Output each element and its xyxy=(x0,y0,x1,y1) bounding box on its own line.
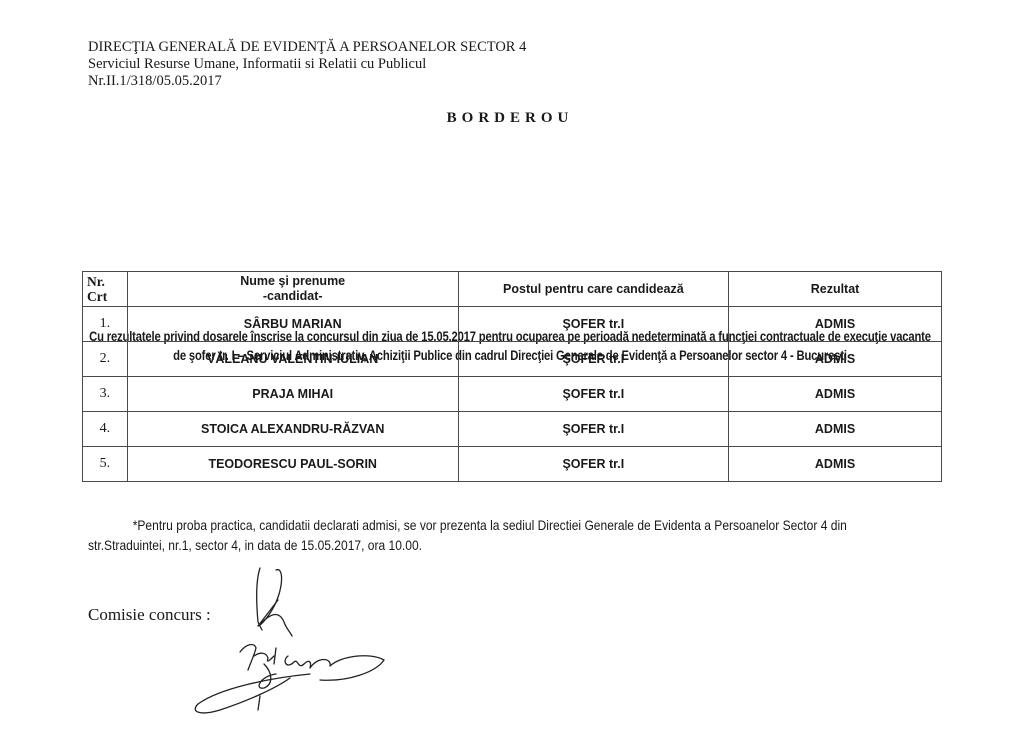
header-name: Nume şi prenume -candidat- xyxy=(127,272,458,307)
registration-number: Nr.II.1/318/05.05.2017 xyxy=(88,73,526,90)
document-header: DIRECŢIA GENERALĂ DE EVIDENŢĂ A PERSOANE… xyxy=(88,39,526,90)
row-result: ADMIS xyxy=(729,307,942,342)
institution-name: DIRECŢIA GENERALĂ DE EVIDENŢĂ A PERSOANE… xyxy=(88,39,526,56)
header-name-line1: Nume şi prenume xyxy=(128,274,458,289)
document-title: BORDEROU xyxy=(0,110,1020,127)
note-line1: *Pentru proba practica, candidatii decla… xyxy=(133,517,847,533)
row-name: TEODORESCU PAUL-SORIN xyxy=(127,447,458,482)
row-post: ŞOFER tr.I xyxy=(458,307,728,342)
header-nr: Nr. Crt xyxy=(83,272,128,307)
practical-exam-note: *Pentru proba practica, candidatii decla… xyxy=(88,515,948,555)
row-result: ADMIS xyxy=(729,342,942,377)
table-row: 5. TEODORESCU PAUL-SORIN ŞOFER tr.I ADMI… xyxy=(83,447,942,482)
note-line2: str.Straduintei, nr.1, sector 4, in data… xyxy=(88,535,948,555)
department-name: Serviciul Resurse Umane, Informatii si R… xyxy=(88,56,526,73)
header-post: Postul pentru care candidează xyxy=(458,272,728,307)
row-post: ŞOFER tr.I xyxy=(458,412,728,447)
row-post: ŞOFER tr.I xyxy=(458,342,728,377)
header-result: Rezultat xyxy=(729,272,942,307)
row-result: ADMIS xyxy=(729,377,942,412)
results-table: Nr. Crt Nume şi prenume -candidat- Postu… xyxy=(82,271,942,482)
row-name: STOICA ALEXANDRU-RĂZVAN xyxy=(127,412,458,447)
row-nr: 5. xyxy=(83,447,128,482)
row-nr: 2. xyxy=(83,342,128,377)
row-nr: 1. xyxy=(83,307,128,342)
row-result: ADMIS xyxy=(729,412,942,447)
row-post: ŞOFER tr.I xyxy=(458,447,728,482)
table-row: 3. PRAJA MIHAI ŞOFER tr.I ADMIS xyxy=(83,377,942,412)
row-nr: 4. xyxy=(83,412,128,447)
row-name: SÂRBU MARIAN xyxy=(127,307,458,342)
row-name: PRAJA MIHAI xyxy=(127,377,458,412)
table-row: 1. SÂRBU MARIAN ŞOFER tr.I ADMIS xyxy=(83,307,942,342)
row-name: VĂLEANU VALENTIN-IULIAN xyxy=(127,342,458,377)
header-name-line2: -candidat- xyxy=(128,289,458,304)
signatures-icon xyxy=(180,560,420,730)
header-nr-line1: Nr. xyxy=(87,274,127,289)
table-header-row: Nr. Crt Nume şi prenume -candidat- Postu… xyxy=(83,272,942,307)
row-post: ŞOFER tr.I xyxy=(458,377,728,412)
header-nr-line2: Crt xyxy=(87,289,127,304)
row-result: ADMIS xyxy=(729,447,942,482)
table-row: 4. STOICA ALEXANDRU-RĂZVAN ŞOFER tr.I AD… xyxy=(83,412,942,447)
table-row: 2. VĂLEANU VALENTIN-IULIAN ŞOFER tr.I AD… xyxy=(83,342,942,377)
row-nr: 3. xyxy=(83,377,128,412)
